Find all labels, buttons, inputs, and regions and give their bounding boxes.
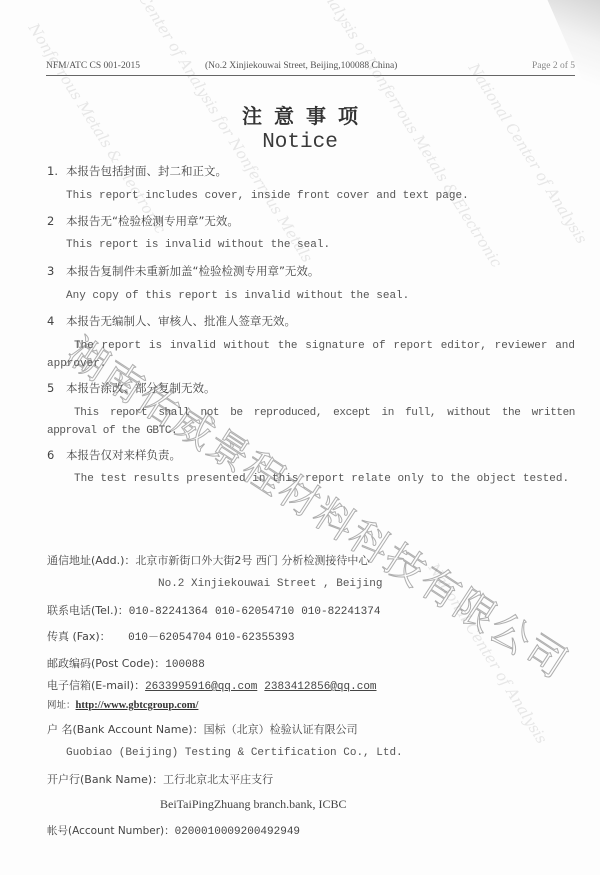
bank-account-name: 户 名(Bank Account Name)：国标（北京）检验认证有限公司	[47, 721, 358, 737]
contact-address-en: No.2 Xinjiekouwai Street , Beijing	[158, 578, 382, 590]
notice-item-cn: 3本报告复制件未重新加盖“检验检测专用章”无效。	[47, 263, 319, 279]
page-header: NFM/ATC CS 001-2015 (No.2 Xinjiekouwai S…	[46, 61, 575, 76]
email-link[interactable]: 2383412856@qq.com	[264, 681, 376, 693]
contact-post-code: 邮政编码(Post Code)：100088	[47, 655, 205, 671]
website-link[interactable]: http://www.gbtcgroup.com/	[76, 700, 199, 711]
contact-website: 网址：http://www.gbtcgroup.com/	[47, 697, 198, 711]
notice-item-cn: 6本报告仅对来样负责。	[47, 447, 181, 463]
notice-item-en: This report is invalid without the seal.	[66, 239, 330, 251]
contact-fax: 传真 (Fax)： 010－62054704 010-62355393	[47, 628, 294, 644]
bank-account-name-en: Guobiao (Beijing) Testing & Certificatio…	[66, 747, 403, 759]
bank-name-en: BeiTaiPingZhuang branch.bank, ICBC	[160, 797, 346, 812]
notice-item-en: Any copy of this report is invalid witho…	[66, 290, 409, 302]
notice-item-en: This report includes cover, inside front…	[66, 190, 469, 202]
notice-item-cn: 2本报告无“检验检测专用章”无效。	[47, 213, 239, 229]
contact-tel: 联系电话(Tel.)：010-82241364 010-62054710 010…	[47, 602, 380, 618]
page-number: Page 2 of 5	[532, 61, 575, 71]
bank-name: 开户行(Bank Name)：工行北京北太平庄支行	[47, 771, 273, 787]
contact-address: 通信地址(Add.)：北京市新街口外大街2号 西门 分析检测接待中心	[47, 552, 369, 568]
header-address: (No.2 Xinjiekouwai Street, Beijing,10008…	[205, 61, 397, 71]
doc-code: NFM/ATC CS 001-2015	[46, 61, 140, 71]
bank-account-number: 帐号(Account Number)：0200010009200492949	[47, 823, 300, 838]
contact-email: 电子信箱(E-mail)：2633995916@qq.com 238341285…	[47, 677, 377, 693]
page-title-cn: 注意事项	[0, 100, 600, 129]
page-title-en: Notice	[0, 131, 600, 154]
document-page: Center of Analysis for Nonferrous Metals…	[0, 0, 600, 875]
email-link[interactable]: 2633995916@qq.com	[145, 681, 257, 693]
notice-item-cn: 1.本报告包括封面、封二和正文。	[47, 163, 227, 179]
